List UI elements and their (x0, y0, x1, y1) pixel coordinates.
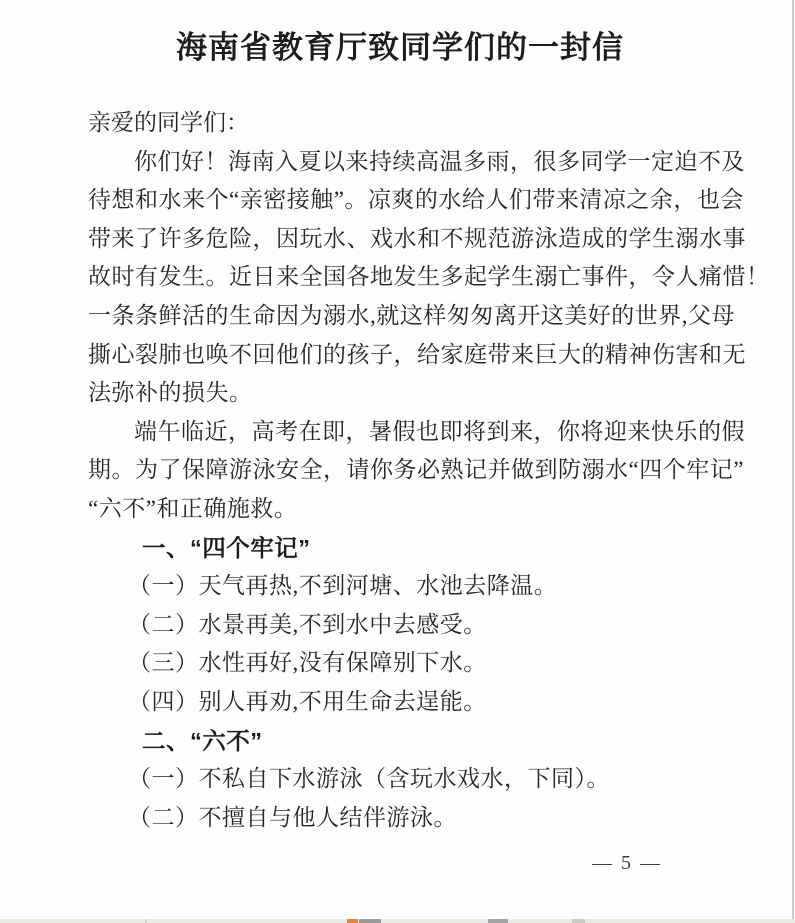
body-line: 你们好！海南入夏以来持续高温多雨，很多同学一定迫不及 (88, 143, 712, 182)
letter-body: 海南省教育厅致同学们的一封信 亲爱的同学们： 你们好！海南入夏以来持续高温多雨，… (88, 0, 712, 837)
app-icon-edge[interactable] (359, 919, 381, 923)
document-page: 海南省教育厅致同学们的一封信 亲爱的同学们： 你们好！海南入夏以来持续高温多雨，… (0, 0, 795, 923)
salutation: 亲爱的同学们： (88, 104, 712, 143)
section-heading-six-donts: 二、“六不” (88, 722, 712, 761)
body-line: “六不”和正确施救。 (88, 490, 712, 529)
taskbar-edge (0, 919, 795, 923)
body-line: 法弥补的损失。 (88, 374, 712, 413)
list-item: （一）不私自下水游泳（含玩水戏水，下同）。 (88, 760, 712, 799)
body-line: 端午临近，高考在即，暑假也即将到来，你将迎来快乐的假 (88, 413, 712, 452)
body-line: 期。为了保障游泳安全，请你务必熟记并做到防溺水“四个牢记” (88, 451, 712, 490)
section-heading-four-reminders: 一、“四个牢记” (88, 529, 712, 568)
window-edge-line (792, 0, 794, 919)
letter-title: 海南省教育厅致同学们的一封信 (88, 26, 712, 70)
list-item: （一）天气再热,不到河塘、水池去降温。 (88, 567, 712, 606)
list-item: （四）别人再劝,不用生命去逞能。 (88, 683, 712, 722)
body-line: 待想和水来个“亲密接触”。凉爽的水给人们带来清凉之余，也会 (88, 181, 712, 220)
list-item: （二）不擅自与他人结伴游泳。 (88, 799, 712, 838)
taskbar-divider (145, 919, 147, 923)
app-icon-edge-orange[interactable] (347, 919, 358, 923)
app-icon-edge[interactable] (572, 919, 585, 923)
body-line: 撕心裂肺也唤不回他们的孩子，给家庭带来巨大的精神伤害和无 (88, 336, 712, 375)
body-line: 故时有发生。近日来全国各地发生多起学生溺亡事件，令人痛惜！ (88, 258, 712, 297)
body-line: 带来了许多危险，因玩水、戏水和不规范游泳造成的学生溺水事 (88, 220, 712, 259)
list-item: （二）水景再美,不到水中去感受。 (88, 606, 712, 645)
body-line: 一条条鲜活的生命因为溺水,就这样匆匆离开这美好的世界,父母 (88, 297, 712, 336)
list-item: （三）水性再好,没有保障别下水。 (88, 644, 712, 683)
app-icon-edge[interactable] (488, 919, 508, 923)
page-number: — 5 — (592, 852, 662, 875)
